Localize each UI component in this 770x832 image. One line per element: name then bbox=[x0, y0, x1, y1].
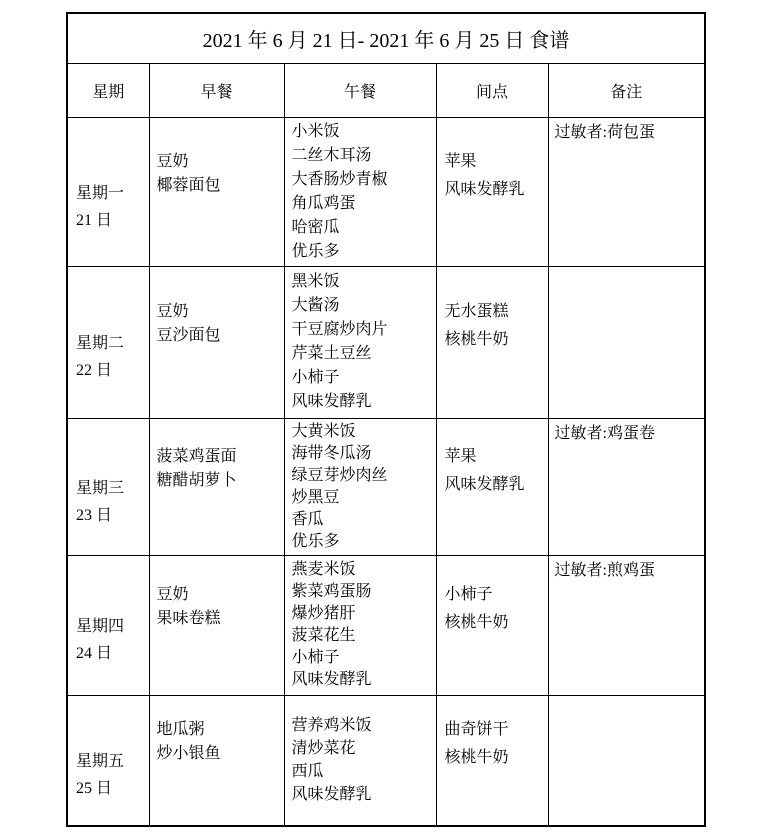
day-cell: 星期三 23 日 bbox=[67, 418, 149, 555]
title-row: 2021 年 6 月 21 日- 2021 年 6 月 25 日 食谱 bbox=[67, 13, 705, 63]
menu-row-tuesday: 星期二 22 日 豆奶 豆沙面包 黑米饭 大酱汤 干豆腐炒肉片 芹菜土豆丝 小柿… bbox=[67, 266, 705, 418]
day-cell: 星期二 22 日 bbox=[67, 266, 149, 418]
lunch-cell: 燕麦米饭 紫菜鸡蛋肠 爆炒猪肝 菠菜花生 小柿子 风味发酵乳 bbox=[284, 555, 436, 695]
lunch-cell: 小米饭 二丝木耳汤 大香肠炒青椒 角瓜鸡蛋 哈密瓜 优乐多 bbox=[284, 117, 436, 266]
snack-cell: 无水蛋糕 核桃牛奶 bbox=[436, 266, 548, 418]
notes-cell: 过敏者:荷包蛋 bbox=[548, 117, 705, 266]
menu-row-thursday: 星期四 24 日 豆奶 果味卷糕 燕麦米饭 紫菜鸡蛋肠 爆炒猪肝 菠菜花生 小柿… bbox=[67, 555, 705, 695]
breakfast-cell: 地瓜粥 炒小银鱼 bbox=[149, 695, 284, 826]
lunch-cell: 营养鸡米饭 清炒菜花 西瓜 风味发酵乳 bbox=[284, 695, 436, 826]
notes-cell bbox=[548, 695, 705, 826]
header-day: 星期 bbox=[67, 63, 149, 117]
menu-row-monday: 星期一 21 日 豆奶 椰蓉面包 小米饭 二丝木耳汤 大香肠炒青椒 角瓜鸡蛋 哈… bbox=[67, 117, 705, 266]
day-cell: 星期五 25 日 bbox=[67, 695, 149, 826]
header-notes: 备注 bbox=[548, 63, 705, 117]
lunch-cell: 大黄米饭 海带冬瓜汤 绿豆芽炒肉丝 炒黑豆 香瓜 优乐多 bbox=[284, 418, 436, 555]
header-row: 星期 早餐 午餐 间点 备注 bbox=[67, 63, 705, 117]
page-title: 2021 年 6 月 21 日- 2021 年 6 月 25 日 食谱 bbox=[67, 13, 705, 63]
breakfast-cell: 菠菜鸡蛋面 糖醋胡萝卜 bbox=[149, 418, 284, 555]
notes-cell: 过敏者:鸡蛋卷 bbox=[548, 418, 705, 555]
day-cell: 星期一 21 日 bbox=[67, 117, 149, 266]
menu-row-friday: 星期五 25 日 地瓜粥 炒小银鱼 营养鸡米饭 清炒菜花 西瓜 风味发酵乳 曲奇… bbox=[67, 695, 705, 826]
notes-cell bbox=[548, 266, 705, 418]
breakfast-cell: 豆奶 椰蓉面包 bbox=[149, 117, 284, 266]
header-breakfast: 早餐 bbox=[149, 63, 284, 117]
snack-cell: 苹果 风味发酵乳 bbox=[436, 117, 548, 266]
snack-cell: 曲奇饼干 核桃牛奶 bbox=[436, 695, 548, 826]
breakfast-cell: 豆奶 豆沙面包 bbox=[149, 266, 284, 418]
menu-row-wednesday: 星期三 23 日 菠菜鸡蛋面 糖醋胡萝卜 大黄米饭 海带冬瓜汤 绿豆芽炒肉丝 炒… bbox=[67, 418, 705, 555]
notes-cell: 过敏者:煎鸡蛋 bbox=[548, 555, 705, 695]
day-cell: 星期四 24 日 bbox=[67, 555, 149, 695]
lunch-cell: 黑米饭 大酱汤 干豆腐炒肉片 芹菜土豆丝 小柿子 风味发酵乳 bbox=[284, 266, 436, 418]
header-lunch: 午餐 bbox=[284, 63, 436, 117]
breakfast-cell: 豆奶 果味卷糕 bbox=[149, 555, 284, 695]
snack-cell: 苹果 风味发酵乳 bbox=[436, 418, 548, 555]
snack-cell: 小柿子 核桃牛奶 bbox=[436, 555, 548, 695]
document-page: 2021 年 6 月 21 日- 2021 年 6 月 25 日 食谱 星期 早… bbox=[0, 0, 770, 832]
header-snack: 间点 bbox=[436, 63, 548, 117]
menu-table: 2021 年 6 月 21 日- 2021 年 6 月 25 日 食谱 星期 早… bbox=[66, 12, 706, 827]
